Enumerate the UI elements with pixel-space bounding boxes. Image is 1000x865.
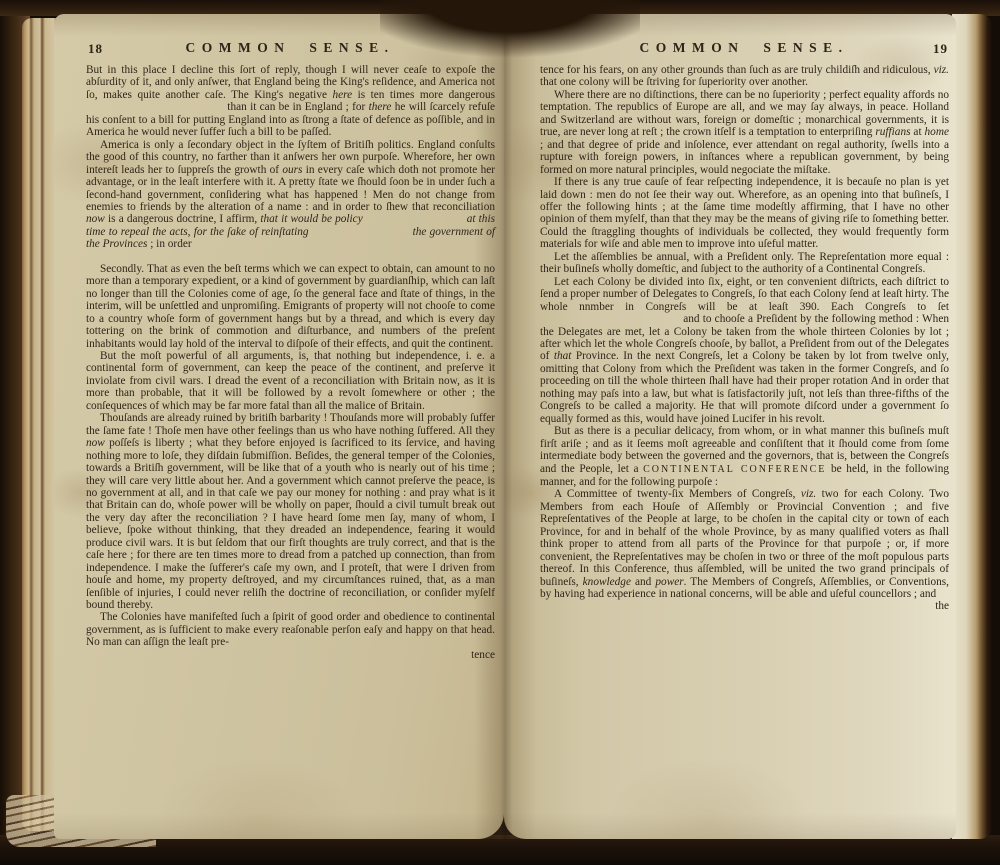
text-run: that one colony will be ſtriving for ſup… (540, 76, 808, 88)
paragraph: A Committee of twenty-ſix Members of Con… (540, 488, 949, 600)
catchword: tence (86, 649, 495, 661)
text-run: viz. (801, 488, 816, 500)
censored-gap (309, 234, 413, 235)
paragraph: But the moſt powerful of all arguments, … (86, 350, 495, 412)
text-run: But the moſt powerful of all arguments, … (86, 350, 495, 412)
paragraph: Let each Colony be divided into ſix, eig… (540, 276, 949, 425)
right-page-number: 19 (933, 41, 948, 57)
text-run: than it can be in England ; for (224, 101, 369, 113)
paragraph: America is only a ſecondary object in th… (86, 139, 495, 251)
text-run: at (911, 126, 925, 138)
text-run: two for each Colony. Two Members from ea… (540, 488, 949, 587)
censored-gap (363, 221, 467, 222)
paragraph: Let the aſſemblies be annual, with a Pre… (540, 251, 949, 276)
left-page-text-column: But in this place I decline this ſort of… (86, 64, 495, 661)
page-edge-stack-right (952, 14, 992, 839)
paragraph: The Colonies have manifeſted ſuch a ſpir… (86, 611, 495, 648)
text-run: ours (282, 164, 302, 176)
paragraph: Where there are no diſtinctions, there c… (540, 89, 949, 176)
paragraph: If there is any true cauſe of fear reſpe… (540, 176, 949, 251)
text-run: Secondly. That as even the beſt terms wh… (86, 263, 495, 350)
paragraph: But in this place I decline this ſort of… (86, 64, 495, 139)
text-run: ; and that degree of pride and inſolence… (540, 139, 949, 176)
left-page-header: 18 COMMON SENSE. (86, 40, 494, 58)
text-run: and (631, 576, 655, 588)
text-run: The Colonies have manifeſted ſuch a ſpir… (86, 611, 495, 648)
paragraph: tence for his fears, on any other ground… (540, 64, 949, 89)
text-run: power (655, 576, 683, 588)
text-run: Let each Colony be divided into ſix, eig… (540, 276, 949, 313)
text-run: now (86, 213, 105, 225)
right-page-text-column: tence for his fears, on any other ground… (540, 64, 949, 613)
text-run: If there is any true cauſe of fear reſpe… (540, 176, 949, 250)
text-run: A Committee of twenty-ſix Members of Con… (554, 488, 801, 500)
text-run: Continental Conference (643, 464, 826, 475)
text-run: tence for his fears, on any other ground… (540, 64, 934, 76)
paragraph: Secondly. That as even the beſt terms wh… (86, 263, 495, 350)
text-run: ; in order (147, 238, 191, 250)
text-run: Let the aſſemblies be annual, with a Pre… (540, 251, 949, 275)
open-book: 18 COMMON SENSE. COMMON SENSE. 19 But in… (0, 0, 1000, 865)
paragraph: Thouſands are already ruined by britiſh … (86, 412, 495, 611)
censored-gap (540, 321, 680, 322)
right-running-title: COMMON SENSE. (540, 40, 948, 56)
text-run: that (554, 350, 572, 362)
text-run: now (86, 437, 105, 449)
text-run: there (369, 101, 392, 113)
book-photo: 18 COMMON SENSE. COMMON SENSE. 19 But in… (0, 0, 1000, 865)
paragraph: But as there is a peculiar delicacy, fro… (540, 425, 949, 488)
text-run: poſſeſs is liberty ; what they before en… (86, 437, 495, 611)
text-run: is ten times more dangerous (352, 89, 495, 101)
text-run: Province. In the next Congreſs, let a Co… (540, 350, 949, 424)
text-run: is a dangerous doctrine, I affirm, (105, 213, 261, 225)
censored-gap (86, 109, 224, 110)
text-run: knowledge (583, 576, 631, 588)
left-running-title: COMMON SENSE. (86, 40, 494, 56)
text-run: home (925, 126, 949, 138)
text-run: Thouſands are already ruined by britiſh … (86, 412, 495, 436)
text-run: ruffians (875, 126, 910, 138)
right-page-header: COMMON SENSE. 19 (540, 40, 948, 58)
text-run: here (332, 89, 352, 101)
catchword: the (540, 600, 949, 612)
text-run: viz. (934, 64, 949, 76)
text-run: that it would be policy (260, 213, 362, 225)
